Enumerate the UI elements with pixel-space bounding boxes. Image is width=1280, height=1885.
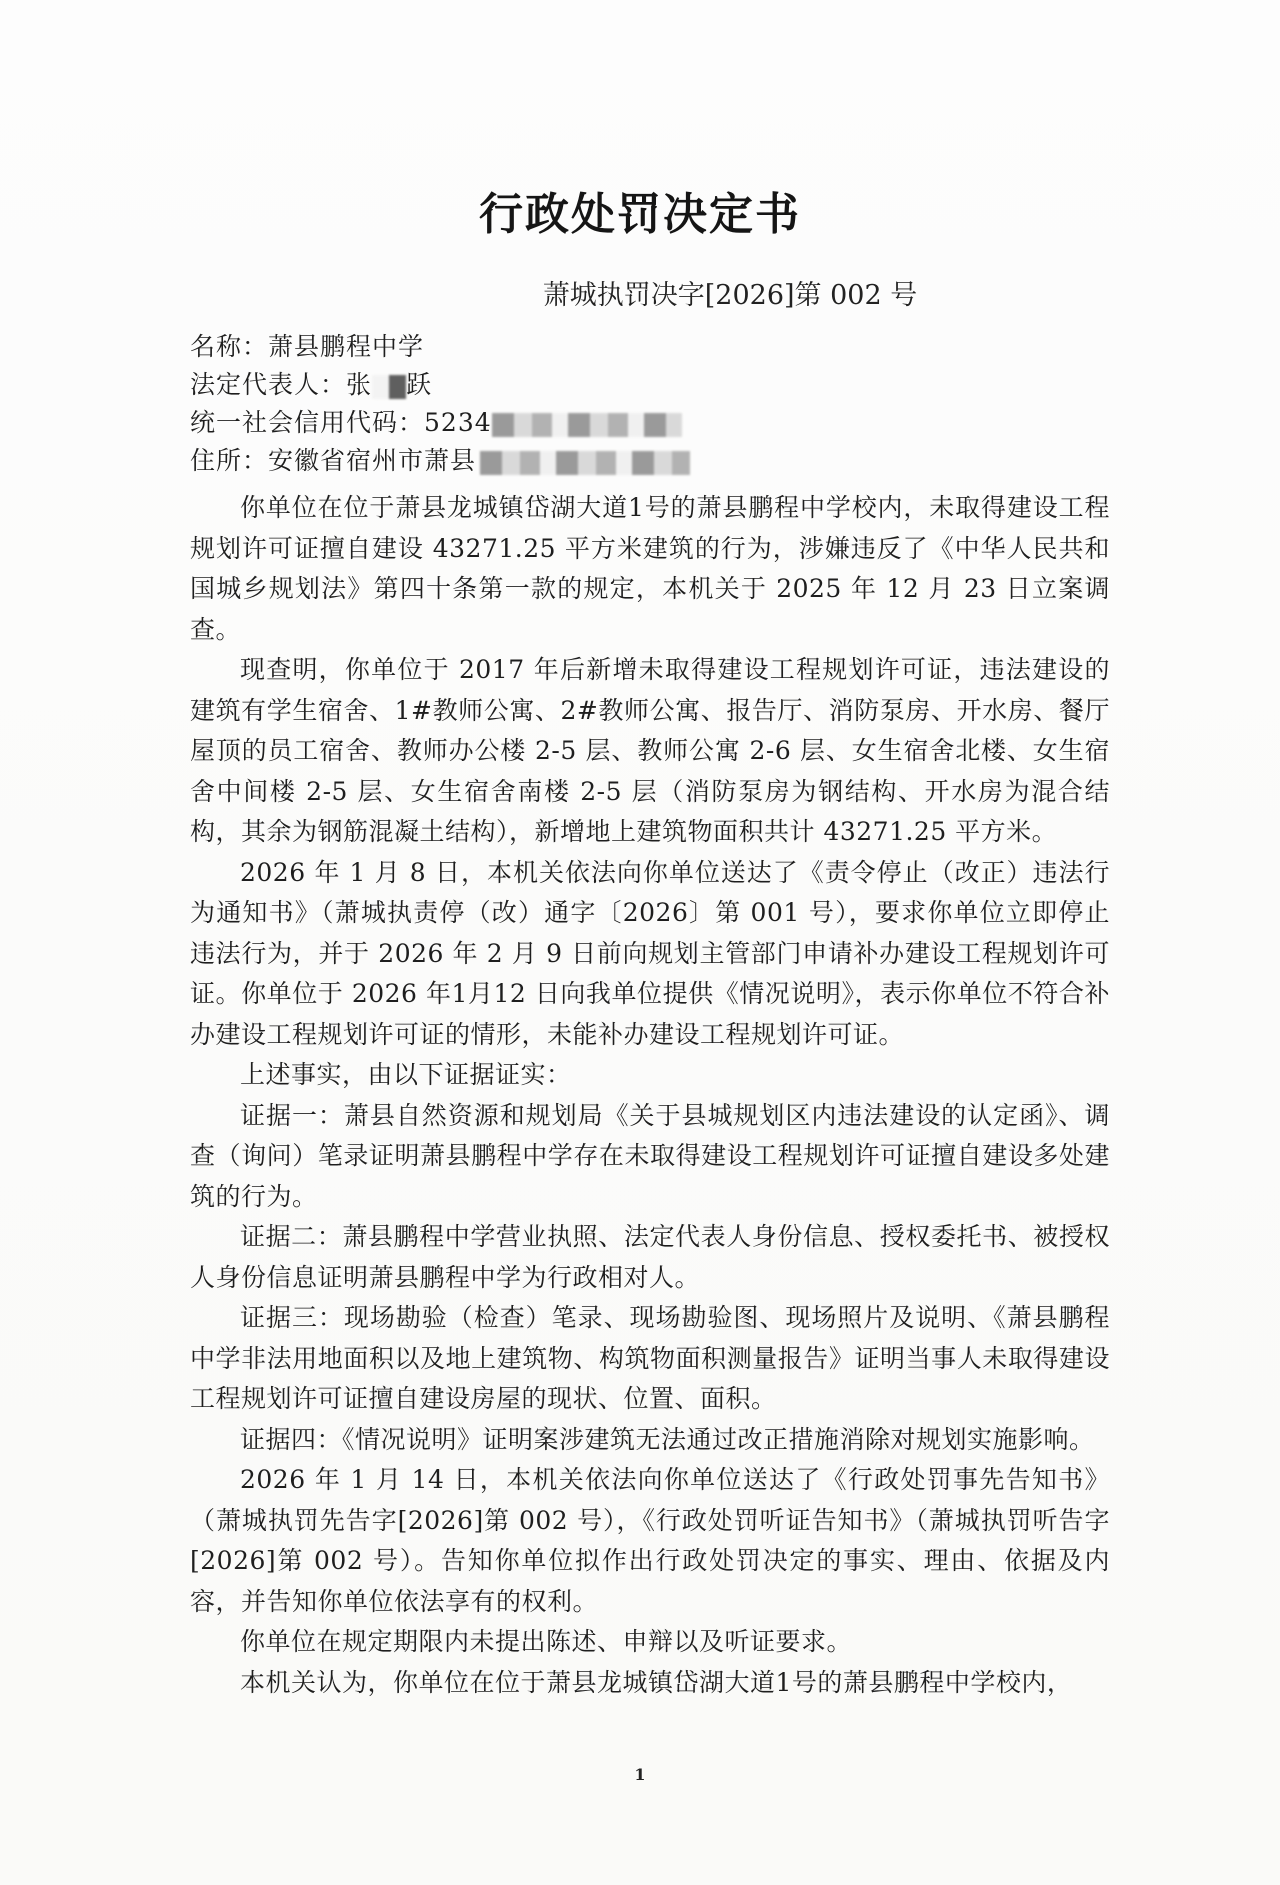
field-value-prefix: 安徽省宿州市萧县 bbox=[268, 446, 476, 475]
field-credit-code: 统一社会信用代码：5234 bbox=[190, 404, 1110, 442]
paragraph-evidence-3: 证据三：现场勘验（检查）笔录、现场勘验图、现场照片及说明、《萧县鹏程中学非法用地… bbox=[190, 1298, 1110, 1420]
paragraph-evidence-2: 证据二：萧县鹏程中学营业执照、法定代表人身份信息、授权委托书、被授权人身份信息证… bbox=[190, 1217, 1110, 1298]
field-value-suffix: 跃 bbox=[406, 370, 432, 399]
paragraph-case-filing: 你单位在位于萧县龙城镇岱湖大道1号的萧县鹏程中学校内，未取得建设工程规划许可证擅… bbox=[190, 488, 1110, 650]
paragraph-no-statement: 你单位在规定期限内未提出陈述、申辩以及听证要求。 bbox=[190, 1622, 1110, 1663]
paragraph-conclusion: 本机关认为，你单位在位于萧县龙城镇岱湖大道1号的萧县鹏程中学校内， bbox=[190, 1663, 1110, 1704]
paragraph-evidence-4: 证据四：《情况说明》证明案涉建筑无法通过改正措施消除对规划实施影响。 bbox=[190, 1420, 1110, 1461]
field-address: 住所：安徽省宿州市萧县 bbox=[190, 442, 1110, 480]
page-number: 1 bbox=[0, 1765, 1280, 1784]
paragraph-findings: 现查明，你单位于 2017 年后新增未取得建设工程规划许可证，违法建设的建筑有学… bbox=[190, 650, 1110, 853]
redaction-mask bbox=[480, 451, 690, 475]
paragraph-evidence-intro: 上述事实，由以下证据证实： bbox=[190, 1055, 1110, 1096]
document-body: 你单位在位于萧县龙城镇岱湖大道1号的萧县鹏程中学校内，未取得建设工程规划许可证擅… bbox=[190, 488, 1110, 1703]
redaction-mask bbox=[372, 375, 406, 399]
document-number: 萧城执罚决字[2026]第 002 号 bbox=[0, 273, 1280, 312]
field-label: 统一社会信用代码： bbox=[190, 408, 424, 437]
paragraph-rectification-notice: 2026 年 1 月 8 日，本机关依法向你单位送达了《责令停止（改正）违法行为… bbox=[190, 853, 1110, 1056]
paragraph-evidence-1: 证据一：萧县自然资源和规划局《关于县城规划区内违法建设的认定函》、调查（询问）笔… bbox=[190, 1096, 1110, 1218]
field-label: 住所： bbox=[190, 446, 268, 475]
field-value-prefix: 5234 bbox=[424, 408, 492, 437]
paragraph-prior-notice: 2026 年 1 月 14 日，本机关依法向你单位送达了《行政处罚事先告知书》（… bbox=[190, 1460, 1110, 1622]
document-title: 行政处罚决定书 bbox=[0, 178, 1280, 242]
party-info: 名称：萧县鹏程中学 法定代表人：张跃 统一社会信用代码：5234 住所：安徽省宿… bbox=[190, 328, 1110, 480]
field-label: 法定代表人： bbox=[190, 370, 346, 399]
field-value: 萧县鹏程中学 bbox=[268, 332, 424, 361]
redaction-mask bbox=[492, 413, 682, 437]
document-page: 行政处罚决定书 萧城执罚决字[2026]第 002 号 名称：萧县鹏程中学 法定… bbox=[0, 0, 1280, 1885]
field-name: 名称：萧县鹏程中学 bbox=[190, 328, 1110, 366]
field-value-prefix: 张 bbox=[346, 370, 372, 399]
field-legal-representative: 法定代表人：张跃 bbox=[190, 366, 1110, 404]
field-label: 名称： bbox=[190, 332, 268, 361]
